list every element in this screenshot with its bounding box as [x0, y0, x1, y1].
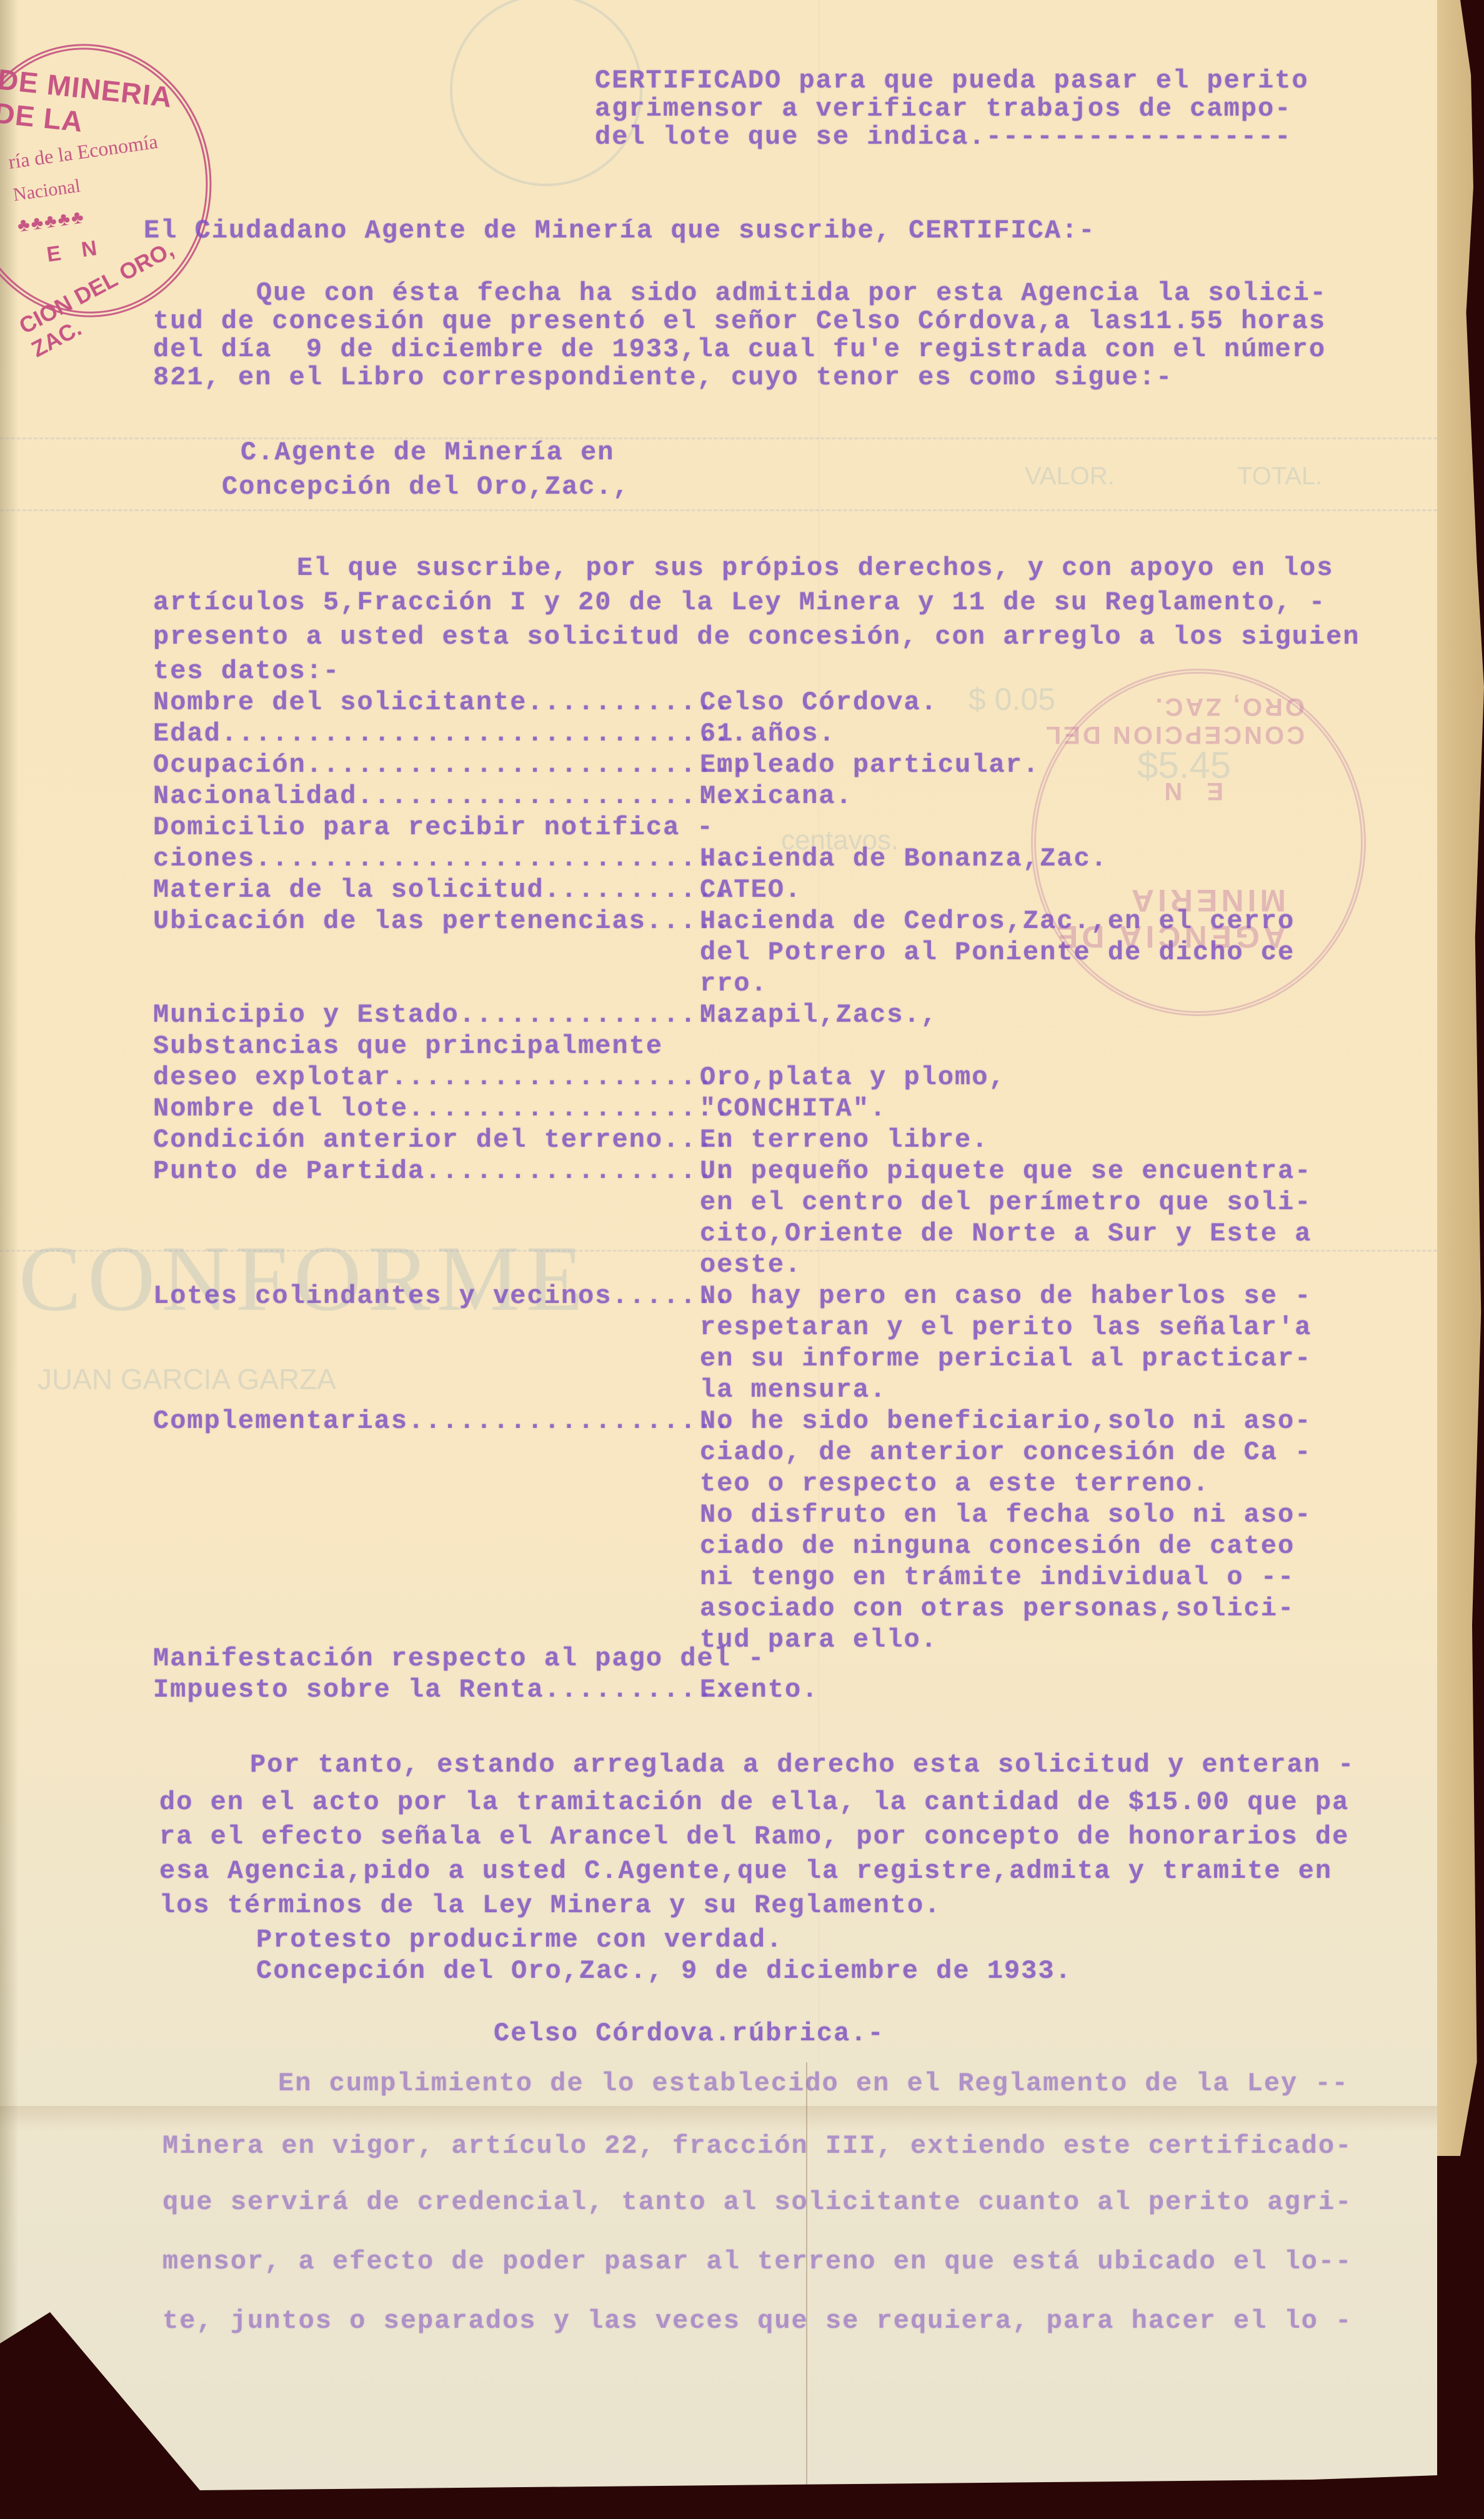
field-value: oeste.	[700, 1250, 802, 1280]
show-through-name: JUAN GARCIA GARZA	[37, 1362, 336, 1396]
field-value: Exento.	[700, 1675, 819, 1705]
field-value: Un pequeño piquete que se encuentra-	[700, 1156, 1312, 1186]
field-label: Condición anterior del terreno....	[153, 1125, 731, 1155]
document-page: CONFORME JUAN GARCIA GARZA VALOR. TOTAL.…	[0, 0, 1437, 2519]
stamp-line: CONCEPCION DEL ORO, ZAC.	[1036, 692, 1305, 749]
field-label: Ubicación de las pertenencias.....	[153, 906, 731, 936]
page-edge-shadow	[0, 0, 19, 2343]
field-value: en su informe pericial al practicar-	[700, 1344, 1312, 1374]
field-label: Edad...............................	[153, 719, 748, 749]
text-line: tes datos:-	[153, 656, 340, 686]
field-value: No hay pero en caso de haberlos se -	[700, 1281, 1312, 1311]
field-value: Oro,plata y plomo,	[700, 1062, 1006, 1092]
field-label: Impuesto sobre la Renta............	[153, 1675, 748, 1705]
text-line: que servirá de credencial, tanto al soli…	[162, 2187, 1352, 2217]
text-line: esa Agencia,pido a usted C.Agente,que la…	[159, 1856, 1332, 1886]
text-line: tud de concesión que presentó el señor C…	[153, 306, 1326, 336]
field-value: Empleado particular.	[700, 750, 1040, 780]
field-value: En terreno libre.	[700, 1125, 989, 1155]
text-line: artículos 5,Fracción I y 20 de la Ley Mi…	[153, 587, 1326, 617]
header-line: CERTIFICADO para que pueda pasar el peri…	[595, 66, 1309, 96]
header-line: del lote que se indica.-----------------…	[595, 122, 1292, 152]
field-label: Nombre del lote...................	[153, 1094, 731, 1124]
stamp-line: E N	[1155, 777, 1223, 805]
field-value: la mensura.	[700, 1375, 887, 1405]
field-value: No disfruto en la fecha solo ni aso-	[700, 1500, 1312, 1530]
field-value: asociado con otras personas,solici-	[700, 1594, 1295, 1624]
fold-shadow	[0, 2106, 1437, 2131]
field-label: Nombre del solicitante............	[153, 687, 731, 717]
field-label: Punto de Partida..................	[153, 1156, 731, 1186]
field-value: cito,Oriente de Norte a Sur y Este a	[700, 1219, 1312, 1249]
text-line: Concepción del Oro,Zac.,	[222, 472, 630, 502]
field-value: ciado, de anterior concesión de Ca -	[700, 1437, 1312, 1467]
field-value: respetaran y el perito las señalar'a	[700, 1312, 1312, 1342]
text-line: ra el efecto señala el Arancel del Ramo,…	[159, 1822, 1349, 1852]
field-label: Nacionalidad.......................	[153, 781, 748, 811]
text-line: Minera en vigor, artículo 22, fracción I…	[162, 2131, 1352, 2161]
stamp-line: DE MINERIA DE LA	[0, 62, 198, 151]
field-label: Municipio y Estado................	[153, 1000, 731, 1030]
field-label: ciones.............................	[153, 844, 748, 874]
text-line: C.Agente de Minería en	[241, 437, 615, 467]
field-value: CATEO.	[700, 875, 802, 905]
text-line: los términos de la Ley Minera y su Regla…	[159, 1890, 941, 1920]
text-line: En cumplimiento de lo establecido en el …	[278, 2068, 1349, 2098]
text-line: do en el acto por la tramitación de ella…	[159, 1787, 1349, 1817]
field-value: ni tengo en trámite individual o --	[700, 1562, 1295, 1592]
field-value: Mazapil,Zacs.,	[700, 1000, 938, 1030]
field-label: Manifestación respecto al pago del -	[153, 1644, 765, 1674]
agency-seal-stamp: DE MINERIA DE LA ría de la Economía Naci…	[0, 27, 229, 333]
show-through-total: TOTAL.	[1237, 462, 1322, 491]
date-line: Concepción del Oro,Zac., 9 de diciembre …	[256, 1956, 1072, 1986]
field-label: Substancias que principalmente	[153, 1031, 663, 1061]
show-through-valor: VALOR.	[1025, 462, 1115, 491]
field-label: Ocupación..........................	[153, 750, 748, 780]
field-value: No he sido beneficiario,solo ni aso-	[700, 1406, 1312, 1436]
field-value: rro.	[700, 969, 768, 999]
text-line: presento a usted esta solicitud de conce…	[153, 622, 1360, 652]
field-value: Hacienda de Bonanza,Zac.	[700, 844, 1108, 874]
field-value: Mexicana.	[700, 781, 853, 811]
field-value: Celso Córdova.	[700, 687, 938, 717]
field-value: "CONCHITA".	[700, 1094, 887, 1124]
opening-statement: El Ciudadano Agente de Minería que suscr…	[144, 216, 1095, 246]
field-label: Materia de la solicitud...........	[153, 875, 731, 905]
text-line: 821, en el Libro correspondiente, cuyo t…	[153, 362, 1173, 392]
text-line: Por tanto, estando arreglada a derecho e…	[250, 1750, 1355, 1780]
text-line: Que con ésta fecha ha sido admitida por …	[256, 278, 1327, 308]
show-through-rule	[0, 509, 1437, 511]
field-label: Domicilio para recibir notifica -	[153, 812, 714, 842]
field-value: del Potrero al Poniente de dicho ce	[700, 937, 1295, 967]
field-value: en el centro del perímetro que soli-	[700, 1187, 1312, 1217]
show-through-rule	[0, 437, 1437, 439]
field-label: Lotes colindantes y vecinos.......	[153, 1281, 731, 1311]
stamp-line: E N	[45, 235, 106, 267]
field-value: ciado de ninguna concesión de cateo	[700, 1531, 1295, 1561]
text-line: Protesto producirme con verdad.	[256, 1925, 783, 1955]
field-value: Hacienda de Cedros,Zac.,en el cerro	[700, 906, 1295, 936]
header-line: agrimensor a verificar trabajos de campo…	[595, 94, 1292, 124]
text-line: te, juntos o separados y las veces que s…	[162, 2306, 1352, 2336]
field-label: Complementarias...................	[153, 1406, 731, 1436]
signature-line: Celso Córdova.rúbrica.-	[494, 2018, 885, 2048]
show-through-conforme: CONFORME	[19, 1225, 590, 1332]
stamp-clover-icons: ♣♣♣♣♣	[16, 206, 86, 237]
field-value: 61 años.	[700, 719, 836, 749]
text-line: El que suscribe, por sus própios derecho…	[297, 553, 1333, 583]
text-line: mensor, a efecto de poder pasar al terre…	[162, 2247, 1352, 2277]
field-value: teo o respecto a este terreno.	[700, 1469, 1210, 1499]
text-line: del día 9 de diciembre de 1933,la cual f…	[153, 334, 1326, 364]
field-label: deseo explotar....................	[153, 1062, 731, 1092]
stamp-line: Nacional	[12, 176, 82, 206]
